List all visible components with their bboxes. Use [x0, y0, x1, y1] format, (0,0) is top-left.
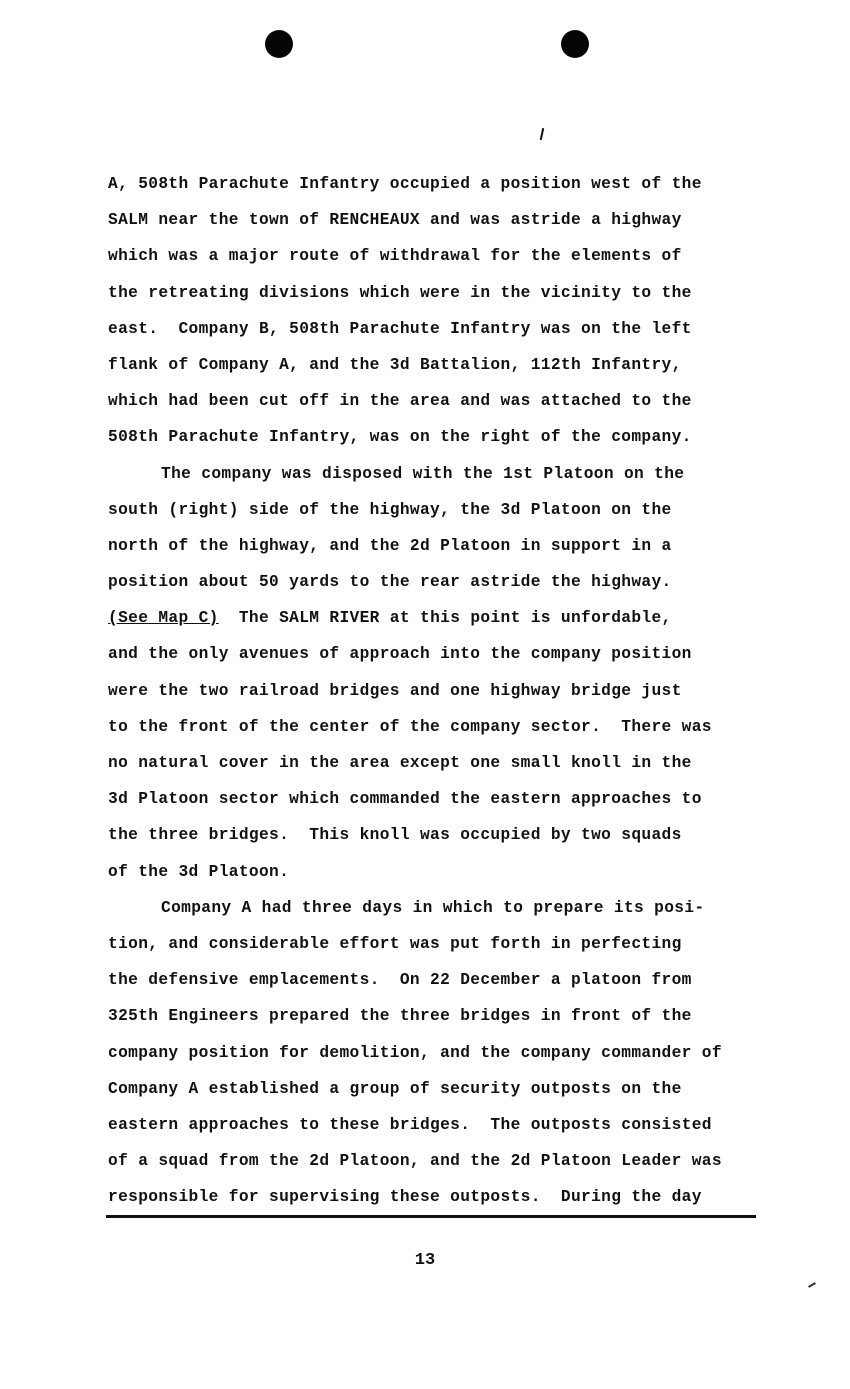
text-line: The company was disposed with the 1st Pl…	[108, 456, 788, 492]
text-line: position about 50 yards to the rear astr…	[108, 564, 788, 600]
text-line: and the only avenues of approach into th…	[108, 636, 788, 672]
text-line: south (right) side of the highway, the 3…	[108, 492, 788, 528]
text-line: (See Map C) The SALM RIVER at this point…	[108, 600, 788, 636]
document-body: A, 508th Parachute Infantry occupied a p…	[108, 166, 788, 1215]
text-line: east. Company B, 508th Parachute Infantr…	[108, 311, 788, 347]
text-line: north of the highway, and the 2d Platoon…	[108, 528, 788, 564]
text-line: 3d Platoon sector which commanded the ea…	[108, 781, 788, 817]
text-line: SALM near the town of RENCHEAUX and was …	[108, 202, 788, 238]
text-line: were the two railroad bridges and one hi…	[108, 673, 788, 709]
text-line: which had been cut off in the area and w…	[108, 383, 788, 419]
text-line: eastern approaches to these bridges. The…	[108, 1107, 788, 1143]
text-line: which was a major route of withdrawal fo…	[108, 238, 788, 274]
text-line: tion, and considerable effort was put fo…	[108, 926, 788, 962]
text-line: of the 3d Platoon.	[108, 854, 788, 890]
text-line: the retreating divisions which were in t…	[108, 275, 788, 311]
scan-speck	[808, 1282, 816, 1288]
text-line: to the front of the center of the compan…	[108, 709, 788, 745]
punch-hole-right	[561, 30, 589, 58]
text-line: 325th Engineers prepared the three bridg…	[108, 998, 788, 1034]
text-line: no natural cover in the area except one …	[108, 745, 788, 781]
text-line: A, 508th Parachute Infantry occupied a p…	[108, 166, 788, 202]
text-line: the defensive emplacements. On 22 Decemb…	[108, 962, 788, 998]
pencil-mark	[540, 128, 544, 140]
text-line: Company A established a group of securit…	[108, 1071, 788, 1107]
text-line: 508th Parachute Infantry, was on the rig…	[108, 419, 788, 455]
text-line: the three bridges. This knoll was occupi…	[108, 817, 788, 853]
footer-rule	[106, 1215, 756, 1218]
page-number: 13	[0, 1251, 850, 1270]
text-line: flank of Company A, and the 3d Battalion…	[108, 347, 788, 383]
text-line: Company A had three days in which to pre…	[108, 890, 788, 926]
text-line: responsible for supervising these outpos…	[108, 1179, 788, 1215]
punch-hole-left	[265, 30, 293, 58]
text-line: company position for demolition, and the…	[108, 1035, 788, 1071]
map-reference-link: (See Map C)	[108, 609, 219, 627]
text-line: of a squad from the 2d Platoon, and the …	[108, 1143, 788, 1179]
